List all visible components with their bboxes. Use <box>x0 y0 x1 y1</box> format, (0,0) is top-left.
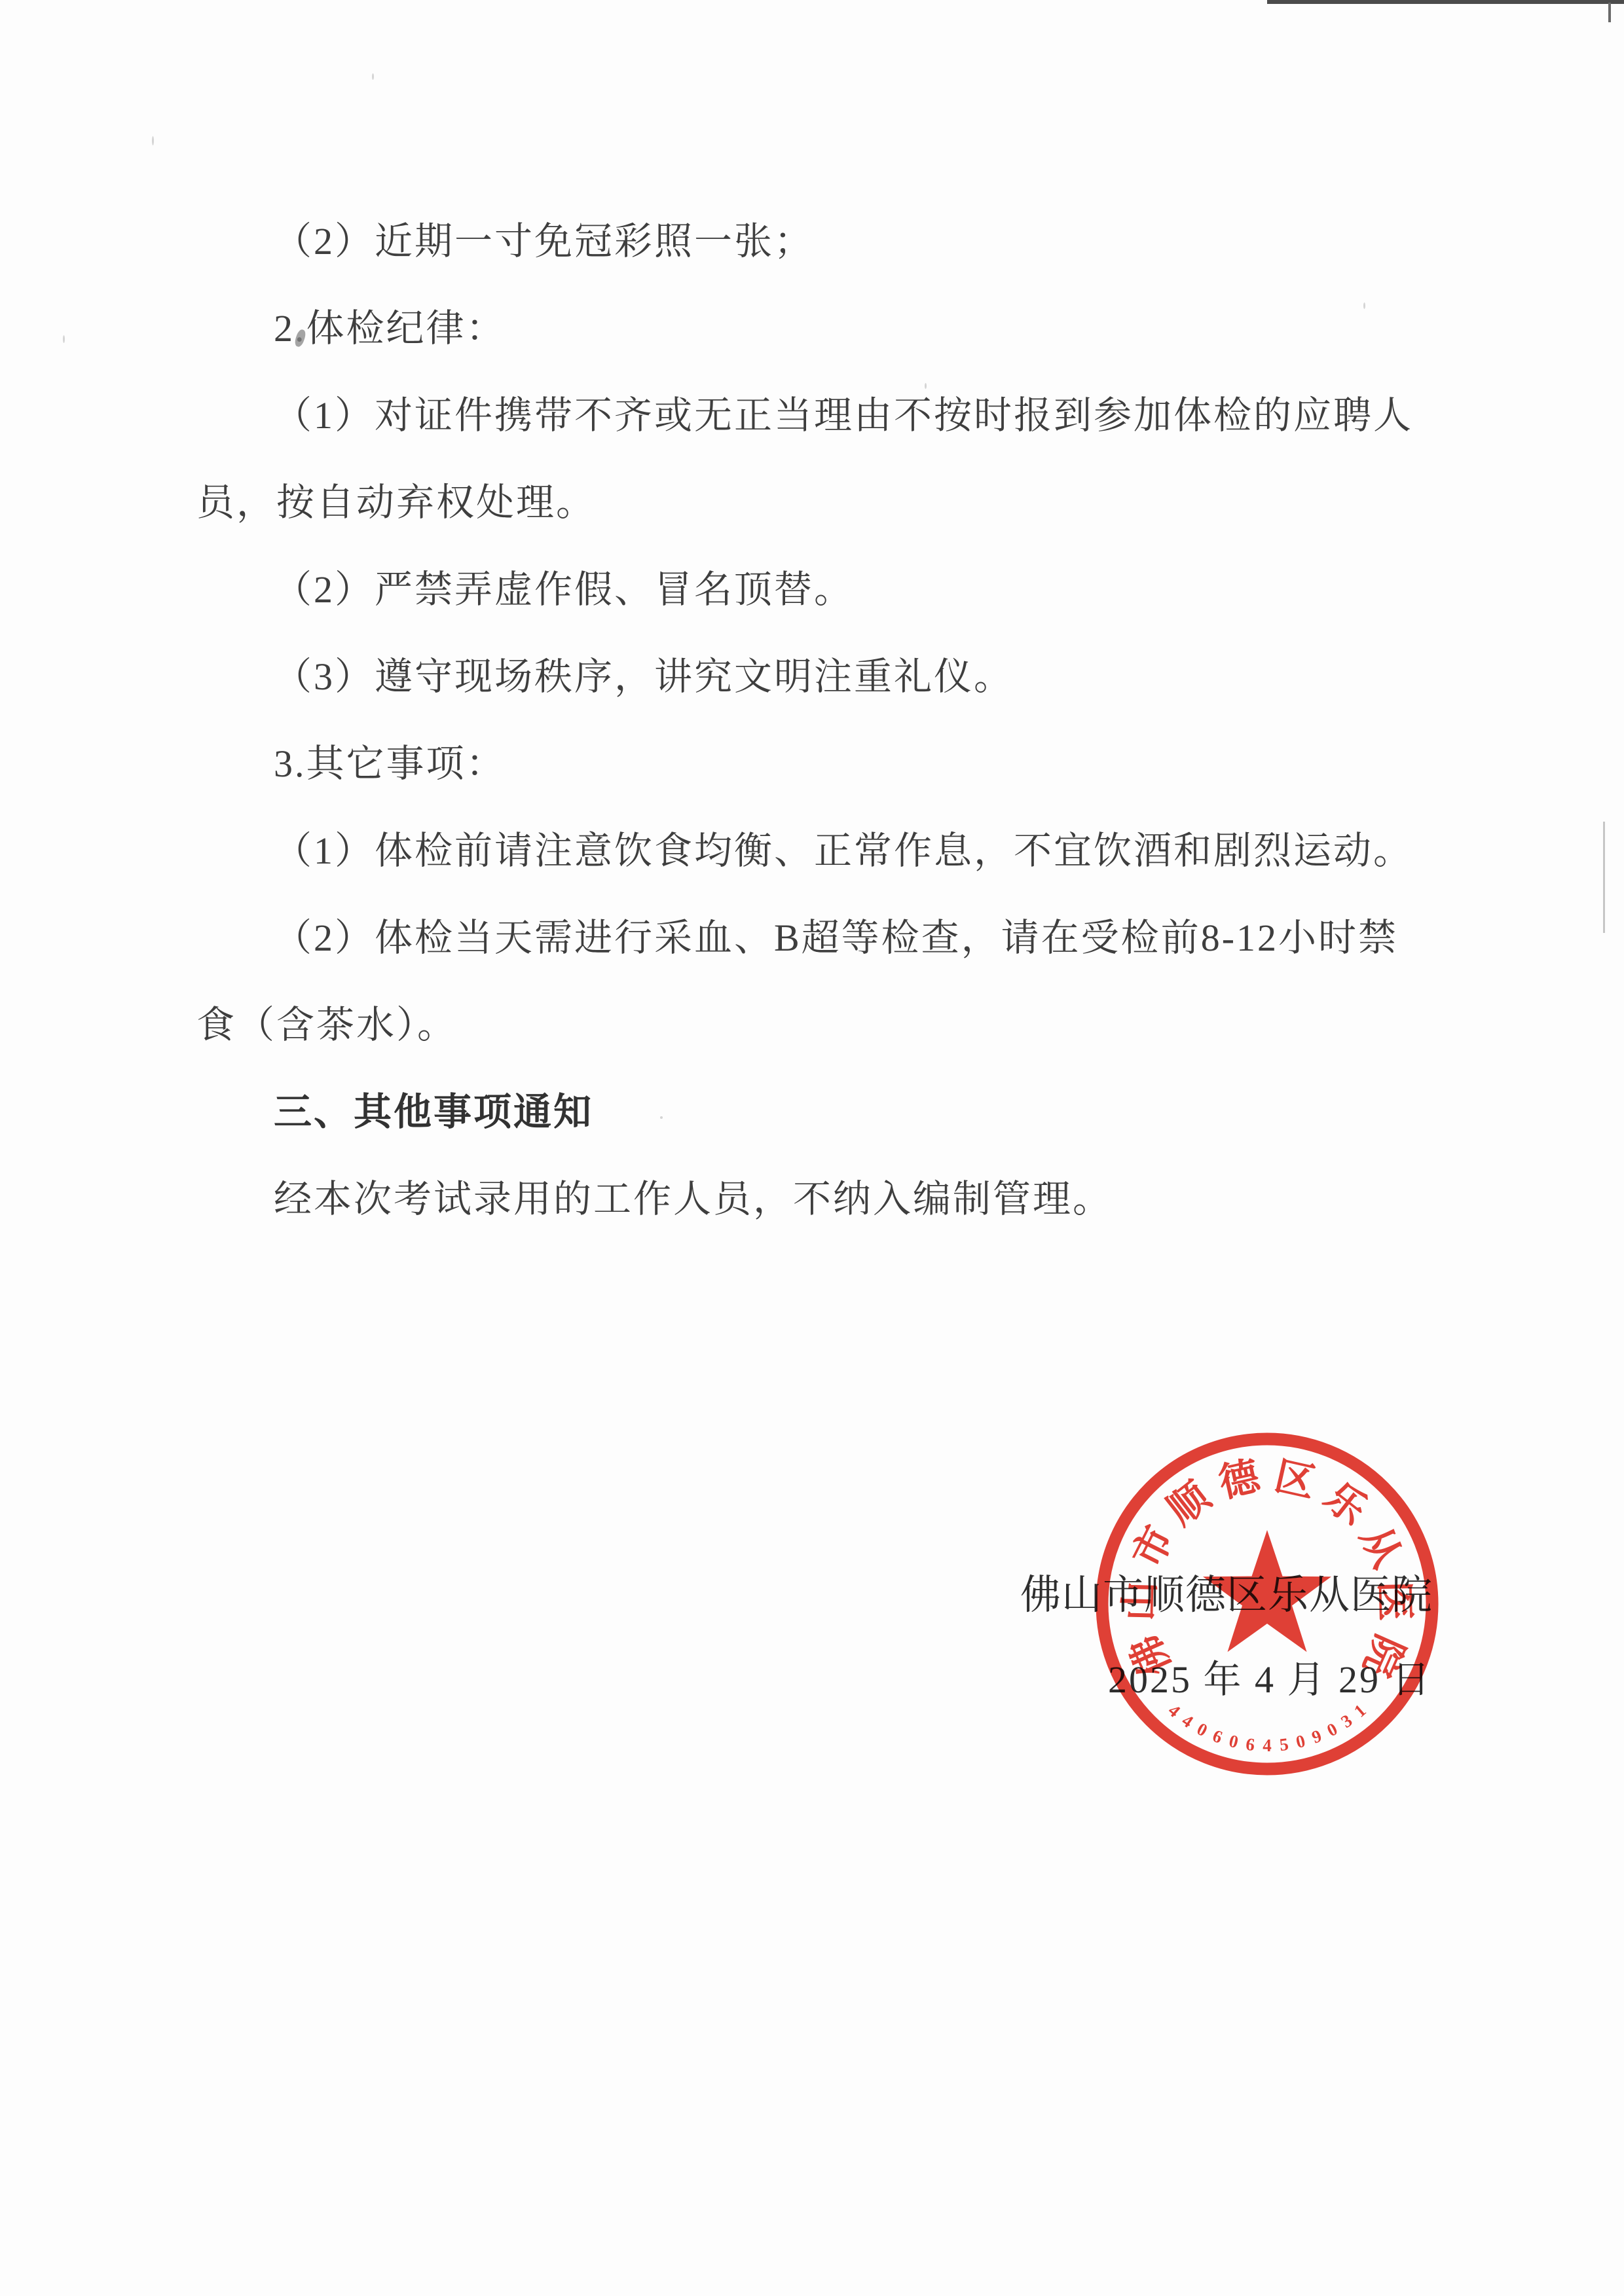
svg-text:6: 6 <box>1210 1726 1225 1747</box>
body-line: （1）对证件携带不齐或无正当理由不按时报到参加体检的应聘人 <box>196 368 1454 455</box>
scan-streak <box>1603 822 1605 933</box>
scan-speck <box>660 1116 663 1119</box>
scan-speck <box>925 383 927 389</box>
body-line: 3.其它事项： <box>196 716 1454 803</box>
body-line: （2）体检当天需进行采血、B超等检查，请在受检前8-12小时禁 <box>196 890 1454 977</box>
svg-text:1: 1 <box>1350 1700 1370 1721</box>
body-line: 食（含茶水）。 <box>196 977 1454 1065</box>
svg-text:3: 3 <box>1337 1711 1356 1732</box>
document-body: （2）近期一寸免冠彩照一张； 2.体检纪律： （1）对证件携带不齐或无正当理由不… <box>196 194 1454 1239</box>
body-line: （2）严禁弄虚作假、冒名顶替。 <box>196 542 1454 629</box>
body-line: 2.体检纪律： <box>196 281 1454 368</box>
svg-text:9: 9 <box>1309 1726 1324 1747</box>
scan-speck <box>63 335 65 343</box>
svg-text:区: 区 <box>1270 1455 1319 1506</box>
body-line: 员，按自动弃权处理。 <box>196 455 1454 542</box>
body-line: （3）遵守现场秩序，讲究文明注重礼仪。 <box>196 629 1454 716</box>
svg-text:市: 市 <box>1125 1520 1182 1575</box>
svg-text:4: 4 <box>1263 1736 1272 1755</box>
signature-date: 2025 年 4 月 29 日 <box>1108 1659 1432 1701</box>
svg-text:0: 0 <box>1227 1731 1240 1752</box>
scan-speck <box>152 136 154 145</box>
body-line: （1）体检前请注意饮食均衡、正常作息，不宜饮酒和剧烈运动。 <box>196 803 1454 890</box>
section-heading: 三、其他事项通知 <box>196 1065 1454 1152</box>
svg-text:0: 0 <box>1294 1731 1307 1752</box>
scan-edge-line <box>1267 0 1624 4</box>
body-line: 经本次考试录用的工作人员，不纳入编制管理。 <box>196 1152 1454 1239</box>
scanned-document-page: （2）近期一寸免冠彩照一张； 2.体检纪律： （1）对证件携带不齐或无正当理由不… <box>0 0 1624 2296</box>
svg-text:5: 5 <box>1278 1734 1289 1755</box>
scan-speck <box>1363 302 1365 309</box>
body-line: （2）近期一寸免冠彩照一张； <box>196 194 1454 281</box>
signature-org-name: 佛山市顺德区乐从医院 <box>1020 1574 1433 1617</box>
svg-text:从: 从 <box>1352 1520 1409 1575</box>
svg-text:顺: 顺 <box>1160 1474 1219 1534</box>
svg-text:乐: 乐 <box>1316 1474 1375 1534</box>
svg-text:4: 4 <box>1164 1700 1184 1721</box>
scan-edge-tick <box>1608 3 1611 22</box>
svg-text:德: 德 <box>1215 1453 1264 1506</box>
svg-text:4: 4 <box>1179 1711 1197 1732</box>
svg-text:0: 0 <box>1194 1719 1211 1740</box>
scan-speck <box>372 73 374 80</box>
svg-text:0: 0 <box>1323 1719 1340 1740</box>
svg-text:6: 6 <box>1245 1734 1256 1755</box>
